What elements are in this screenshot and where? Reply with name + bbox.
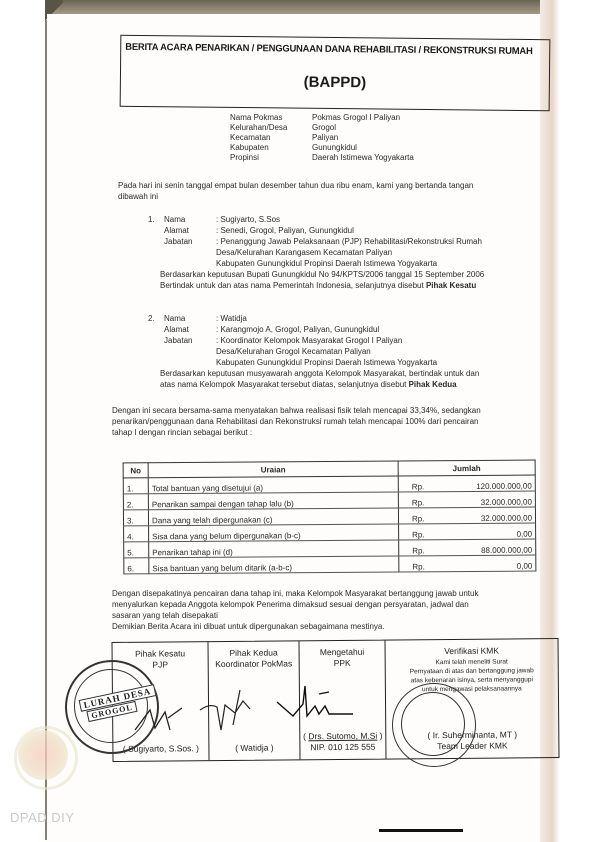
statement-paragraph: Dengan ini secara bersama-sama menyataka… xyxy=(112,405,481,438)
row-amount: Rp.0,00 xyxy=(399,555,536,572)
signatory-id: NIP. 010 125 555 xyxy=(300,742,385,754)
row-amount: Rp.120.000.000,00 xyxy=(398,475,535,492)
scan-binding-edge xyxy=(45,20,47,840)
table-row: 6.Sisa bantuan yang belum ditarik (a-b-c… xyxy=(124,555,536,574)
row-number: 4. xyxy=(124,526,149,542)
party-two: 2.Nama: Watidja Alamat: Karangmojo A, Gr… xyxy=(148,313,479,390)
dpad-emblem-icon xyxy=(18,730,68,780)
row-number: 1. xyxy=(123,478,148,494)
row-description: Total bantuan yang disetujui (a) xyxy=(148,476,398,494)
party-two-name: : Watidja xyxy=(216,313,247,324)
row-description: Dana yang telah dipergunakan (c) xyxy=(148,508,398,526)
document-subtitle: (BAPPD) xyxy=(121,72,549,93)
info-row: KabupatenGunungkidul xyxy=(230,143,414,153)
row-description: Penarikan tahap ini (d) xyxy=(149,540,399,558)
row-amount: Rp.32.000.000,00 xyxy=(398,491,535,508)
pokmas-info: Nama PokmasPokmas Grogol I Paliyan Kelur… xyxy=(230,113,414,163)
disbursement-table: No Uraian Jumlah 1.Total bantuan yang di… xyxy=(123,460,537,575)
row-number: 3. xyxy=(123,510,148,526)
closing-paragraph: Dengan disepakatinya pencairan dana taha… xyxy=(112,588,478,632)
signatory-name: ( Drs. Sutomo, M.Si ) xyxy=(300,731,385,743)
row-description: Penarikan sampai dengan tahap lalu (b) xyxy=(148,492,398,510)
row-amount: Rp.0,00 xyxy=(399,523,536,540)
intro-paragraph: Pada hari ini senin tanggal empat bulan … xyxy=(118,180,473,202)
footer-line xyxy=(379,829,463,832)
signature-sugiyarto xyxy=(130,700,190,740)
document-title: BERITA ACARA PENARIKAN / PENGGUNAAN DANA… xyxy=(125,42,541,57)
info-row: Kelurahan/DesaGrogol xyxy=(230,123,414,133)
party-two-designation: Pihak Kedua xyxy=(409,379,457,390)
info-row: Nama PokmasPokmas Grogol I Paliyan xyxy=(230,113,414,123)
party-one-designation: Pihak Kesatu xyxy=(426,280,476,291)
signatory-name: ( Watidja ) xyxy=(209,742,299,754)
party-one-name: : Sugiyarto, S.Sos xyxy=(216,214,280,225)
info-row: KecamatanPaliyan xyxy=(230,133,414,143)
row-description: Sisa bantuan yang belum ditarik (a-b-c) xyxy=(149,556,399,574)
row-number: 5. xyxy=(124,542,149,558)
row-number: 2. xyxy=(123,494,148,510)
row-amount: Rp.32.000.000,00 xyxy=(398,507,535,524)
party-one: 1.Nama: Sugiyarto, S.Sos Alamat: Senedi,… xyxy=(148,214,484,291)
signature-sutomo xyxy=(275,680,355,725)
kmk-stamp xyxy=(392,683,476,767)
row-amount: Rp.88.000.000,00 xyxy=(399,539,536,556)
watermark: DPAD DIY xyxy=(10,810,74,825)
signature-watidja xyxy=(195,685,265,735)
title-box: BERITA ACARA PENARIKAN / PENGGUNAAN DANA… xyxy=(120,35,551,111)
info-row: PropinsiDaerah Istimewa Yogyakarta xyxy=(230,153,414,163)
row-description: Sisa dana yang belum dipergunakan (b-c) xyxy=(149,524,399,542)
row-number: 6. xyxy=(124,558,149,574)
